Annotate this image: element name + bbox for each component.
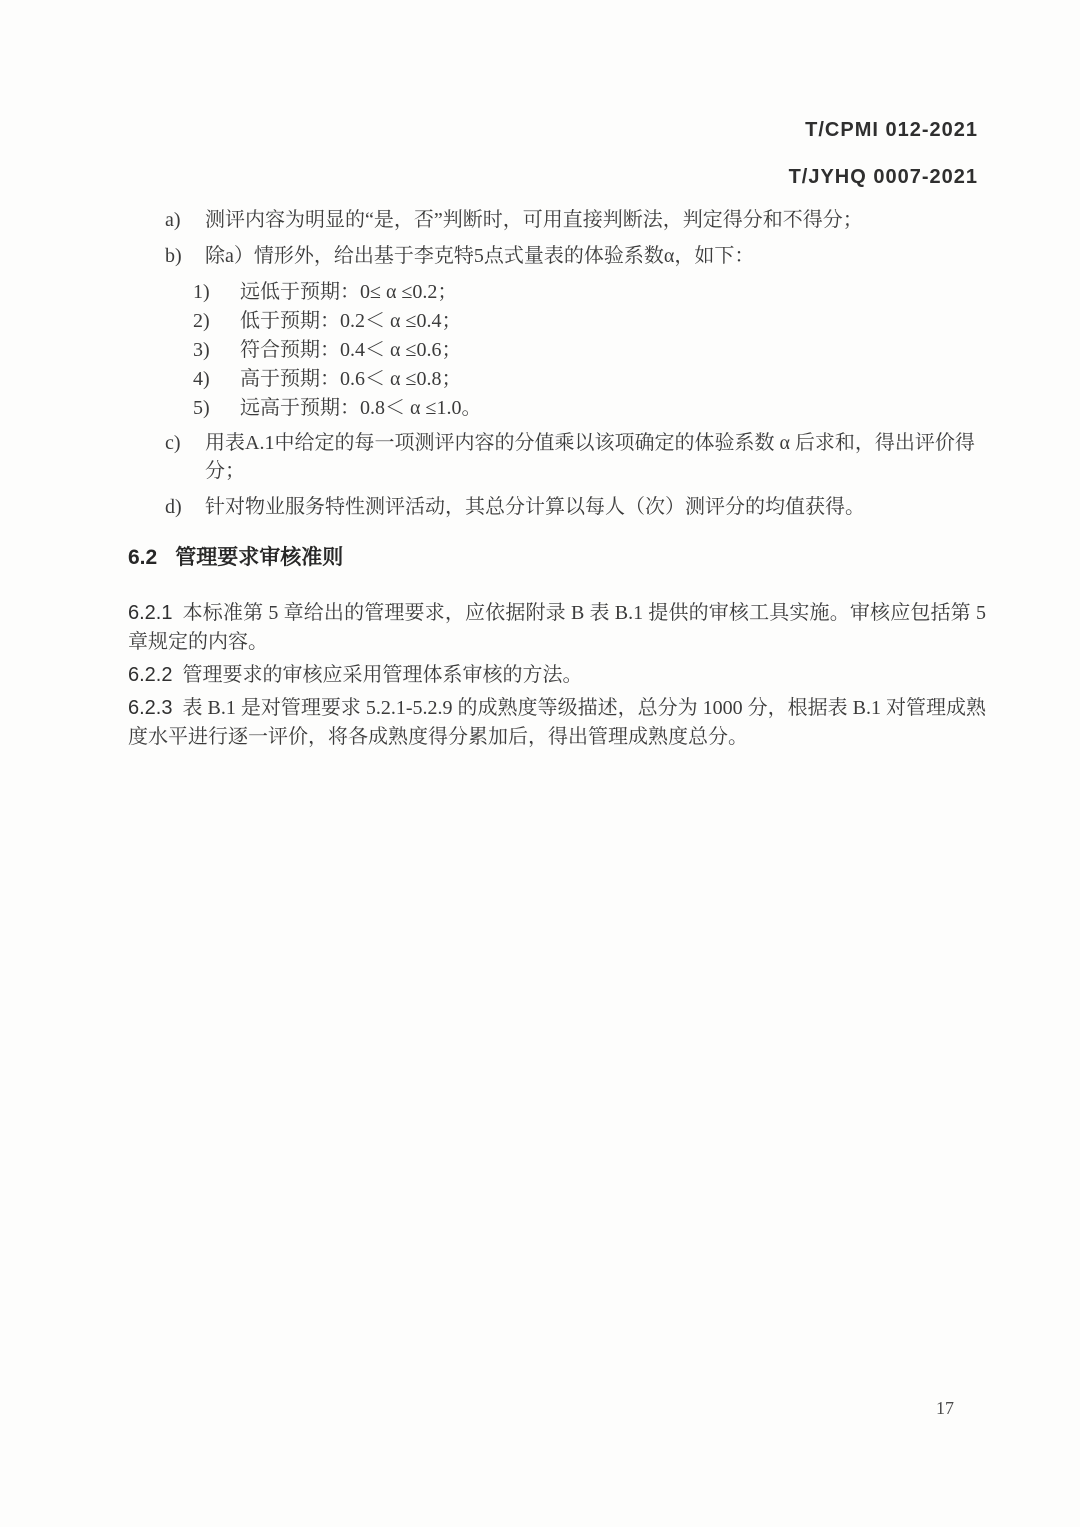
section-title: 管理要求审核准则 xyxy=(175,546,343,569)
standard-codes: T/CPMI 012-2021 T/JYHQ 0007-2021 xyxy=(789,120,978,188)
sublist-item-2: 2) 低于预期：0.2＜ α ≤0.4； xyxy=(128,307,986,336)
clause-6-2-3: 6.2.3表 B.1 是对管理要求 5.2.1-5.2.9 的成熟度等级描述，总… xyxy=(128,694,986,752)
list-item-d: d) 针对物业服务特性测评活动，其总分计算以每人（次）测评分的均值获得。 xyxy=(128,493,986,521)
sublist-item-text: 符合预期：0.4＜ α ≤0.6； xyxy=(240,336,986,365)
list-item-marker: b) xyxy=(165,242,205,270)
sublist-item-marker: 3) xyxy=(193,336,240,365)
list-item-marker: d) xyxy=(165,493,205,521)
document-body: a) 测评内容为明显的“是，否”判断时，可用直接判断法，判定得分和不得分； b)… xyxy=(128,206,986,756)
clause-6-2-2: 6.2.2管理要求的审核应采用管理体系审核的方法。 xyxy=(128,661,986,690)
clause-number: 6.2.1 xyxy=(128,602,172,624)
list-item-text: 测评内容为明显的“是，否”判断时，可用直接判断法，判定得分和不得分； xyxy=(205,206,986,234)
clause-text: 表 B.1 是对管理要求 5.2.1-5.2.9 的成熟度等级描述，总分为 10… xyxy=(128,697,986,748)
section-heading-6-2: 6.2管理要求审核准则 xyxy=(128,543,986,573)
clause-number: 6.2.2 xyxy=(128,664,172,686)
page-number: 17 xyxy=(936,1398,954,1419)
sublist-item-5: 5) 远高于预期：0.8＜ α ≤1.0。 xyxy=(128,394,986,423)
list-item-b: b) 除a）情形外，给出基于李克特5点式量表的体验系数α，如下： xyxy=(128,242,986,270)
list-item-c: c) 用表A.1中给定的每一项测评内容的分值乘以该项确定的体验系数 α 后求和，… xyxy=(128,429,986,485)
likert-scale-list: 1) 远低于预期：0≤ α ≤0.2； 2) 低于预期：0.2＜ α ≤0.4；… xyxy=(128,278,986,423)
sublist-item-3: 3) 符合预期：0.4＜ α ≤0.6； xyxy=(128,336,986,365)
sublist-item-text: 低于预期：0.2＜ α ≤0.4； xyxy=(240,307,986,336)
sublist-item-text: 高于预期：0.6＜ α ≤0.8； xyxy=(240,365,986,394)
document-page: T/CPMI 012-2021 T/JYHQ 0007-2021 a) 测评内容… xyxy=(0,0,1080,1527)
list-item-marker: c) xyxy=(165,429,205,485)
sublist-item-1: 1) 远低于预期：0≤ α ≤0.2； xyxy=(128,278,986,307)
sublist-item-text: 远高于预期：0.8＜ α ≤1.0。 xyxy=(240,394,986,423)
clause-text: 管理要求的审核应采用管理体系审核的方法。 xyxy=(182,664,582,686)
section-number: 6.2 xyxy=(128,546,157,569)
list-item-text: 针对物业服务特性测评活动，其总分计算以每人（次）测评分的均值获得。 xyxy=(205,493,986,521)
standard-code-2: T/JYHQ 0007-2021 xyxy=(789,167,978,188)
sublist-item-marker: 1) xyxy=(193,278,240,307)
sublist-item-marker: 2) xyxy=(193,307,240,336)
sublist-item-text: 远低于预期：0≤ α ≤0.2； xyxy=(240,278,986,307)
list-item-text: 除a）情形外，给出基于李克特5点式量表的体验系数α，如下： xyxy=(205,242,986,270)
sublist-item-4: 4) 高于预期：0.6＜ α ≤0.8； xyxy=(128,365,986,394)
clause-number: 6.2.3 xyxy=(128,697,172,719)
list-item-marker: a) xyxy=(165,206,205,234)
sublist-item-marker: 4) xyxy=(193,365,240,394)
sublist-item-marker: 5) xyxy=(193,394,240,423)
clause-6-2-1: 6.2.1本标准第 5 章给出的管理要求，应依据附录 B 表 B.1 提供的审核… xyxy=(128,599,986,657)
list-item-text: 用表A.1中给定的每一项测评内容的分值乘以该项确定的体验系数 α 后求和，得出评… xyxy=(205,429,986,485)
list-item-a: a) 测评内容为明显的“是，否”判断时，可用直接判断法，判定得分和不得分； xyxy=(128,206,986,234)
clause-text: 本标准第 5 章给出的管理要求，应依据附录 B 表 B.1 提供的审核工具实施。… xyxy=(128,602,986,653)
standard-code-1: T/CPMI 012-2021 xyxy=(789,120,978,141)
